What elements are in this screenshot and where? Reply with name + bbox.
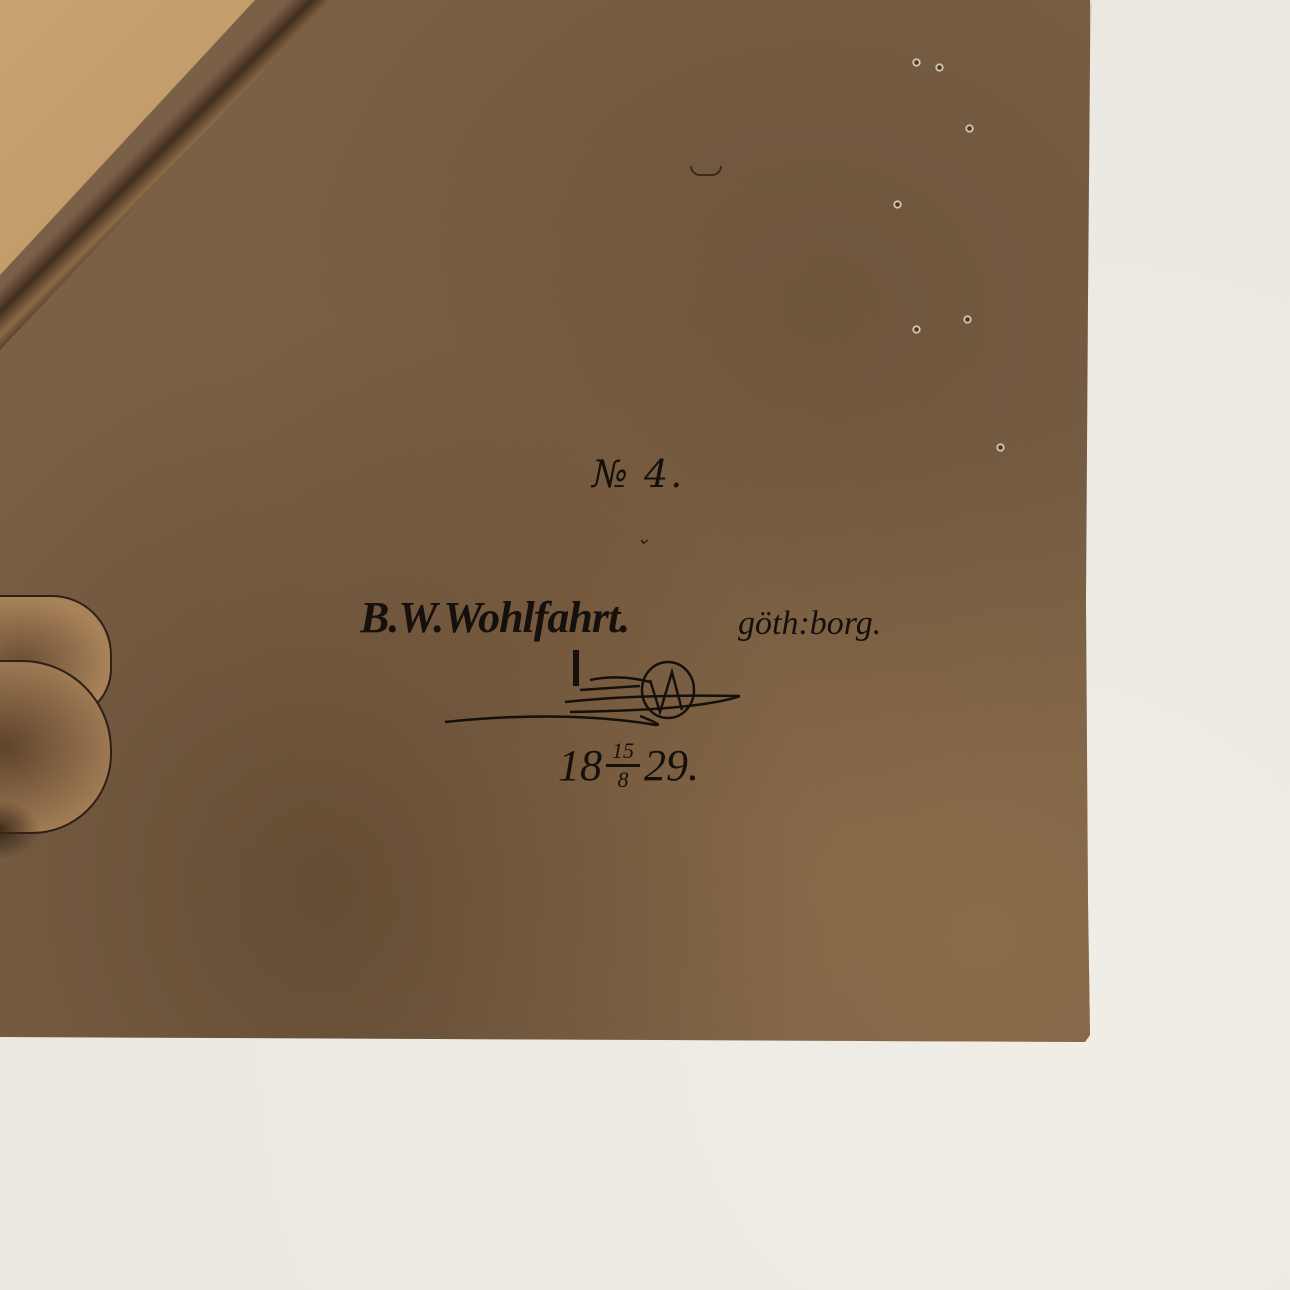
- pin-hole: [965, 124, 974, 133]
- pin-hole: [935, 63, 944, 72]
- date-day: 15: [612, 740, 634, 762]
- inscription-number: № 4.: [592, 452, 684, 496]
- dark-shadow-form: [0, 800, 40, 860]
- pin-hole: [912, 325, 921, 334]
- drawing-paper: № 4. ⌄ B.W.Wohlfahrt. göth:borg. 18 15 8…: [0, 0, 1090, 1042]
- date-month: 8: [618, 769, 629, 791]
- inscription-date: 18 15 8 29.: [558, 740, 699, 791]
- date-fraction: 15 8: [606, 740, 640, 791]
- pin-hole: [996, 443, 1005, 452]
- date-year-suffix: 29.: [644, 740, 699, 791]
- pin-hole: [893, 200, 902, 209]
- small-ink-mark: [690, 166, 722, 176]
- pin-hole: [963, 315, 972, 324]
- inscription-place: göth:borg.: [738, 605, 881, 643]
- signature-flourish: [440, 650, 740, 730]
- pin-hole: [912, 58, 921, 67]
- date-year-prefix: 18: [558, 740, 602, 791]
- small-tick-mark: ⌄: [636, 528, 651, 549]
- artist-signature: B.W.Wohlfahrt.: [360, 592, 629, 643]
